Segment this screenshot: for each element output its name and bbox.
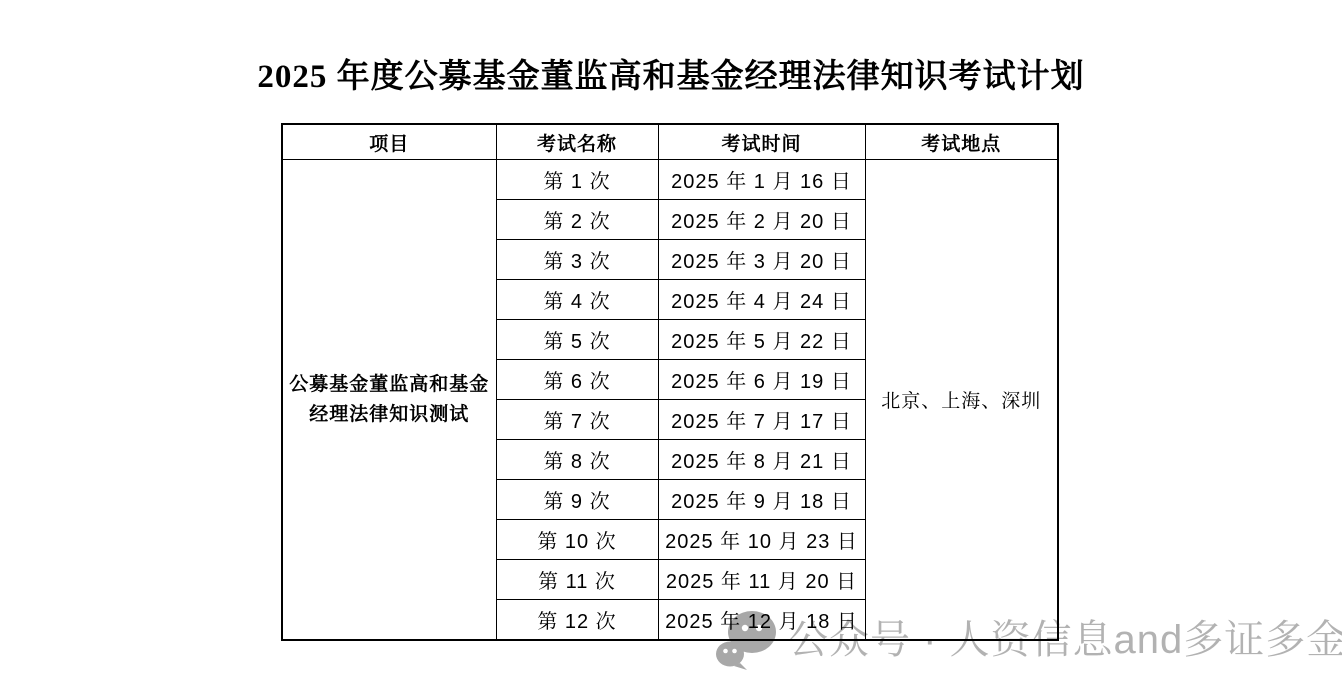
exam-name-cell: 第 11 次	[496, 560, 658, 600]
exam-name-cell: 第 1 次	[496, 160, 658, 200]
col-header-time: 考试时间	[658, 124, 865, 160]
table-body: 公募基金董监高和基金 经理法律知识测试 第 1 次 2025 年 1 月 16 …	[282, 160, 1058, 641]
exam-time-cell: 2025 年 11 月 20 日	[658, 560, 865, 600]
table-header: 项目 考试名称 考试时间 考试地点	[282, 124, 1058, 160]
exam-time-cell: 2025 年 3 月 20 日	[658, 240, 865, 280]
exam-time-cell: 2025 年 1 月 16 日	[658, 160, 865, 200]
location-cell: 北京、上海、深圳	[865, 160, 1058, 641]
exam-name-cell: 第 6 次	[496, 360, 658, 400]
exam-time-cell: 2025 年 10 月 23 日	[658, 520, 865, 560]
exam-name-cell: 第 4 次	[496, 280, 658, 320]
exam-name-cell: 第 7 次	[496, 400, 658, 440]
page-title: 2025 年度公募基金董监高和基金经理法律知识考试计划	[0, 50, 1342, 97]
col-header-project: 项目	[282, 124, 496, 160]
col-header-location: 考试地点	[865, 124, 1058, 160]
exam-name-cell: 第 3 次	[496, 240, 658, 280]
exam-time-cell: 2025 年 7 月 17 日	[658, 400, 865, 440]
exam-name-cell: 第 2 次	[496, 200, 658, 240]
table-row: 公募基金董监高和基金 经理法律知识测试 第 1 次 2025 年 1 月 16 …	[282, 160, 1058, 200]
exam-time-cell: 2025 年 8 月 21 日	[658, 440, 865, 480]
exam-time-cell: 2025 年 2 月 20 日	[658, 200, 865, 240]
exam-time-cell: 2025 年 6 月 19 日	[658, 360, 865, 400]
exam-time-cell: 2025 年 4 月 24 日	[658, 280, 865, 320]
exam-name-cell: 第 8 次	[496, 440, 658, 480]
col-header-name: 考试名称	[496, 124, 658, 160]
exam-name-cell: 第 9 次	[496, 480, 658, 520]
exam-time-cell: 2025 年 12 月 18 日	[658, 600, 865, 641]
exam-time-cell: 2025 年 5 月 22 日	[658, 320, 865, 360]
exam-name-cell: 第 5 次	[496, 320, 658, 360]
exam-schedule-table: 项目 考试名称 考试时间 考试地点 公募基金董监高和基金 经理法律知识测试 第 …	[281, 123, 1059, 641]
exam-name-cell: 第 12 次	[496, 600, 658, 641]
exam-time-cell: 2025 年 9 月 18 日	[658, 480, 865, 520]
exam-name-cell: 第 10 次	[496, 520, 658, 560]
page: 2025 年度公募基金董监高和基金经理法律知识考试计划 项目 考试名称 考试时间…	[0, 0, 1342, 697]
project-cell: 公募基金董监高和基金 经理法律知识测试	[282, 160, 496, 641]
header-row: 项目 考试名称 考试时间 考试地点	[282, 124, 1058, 160]
